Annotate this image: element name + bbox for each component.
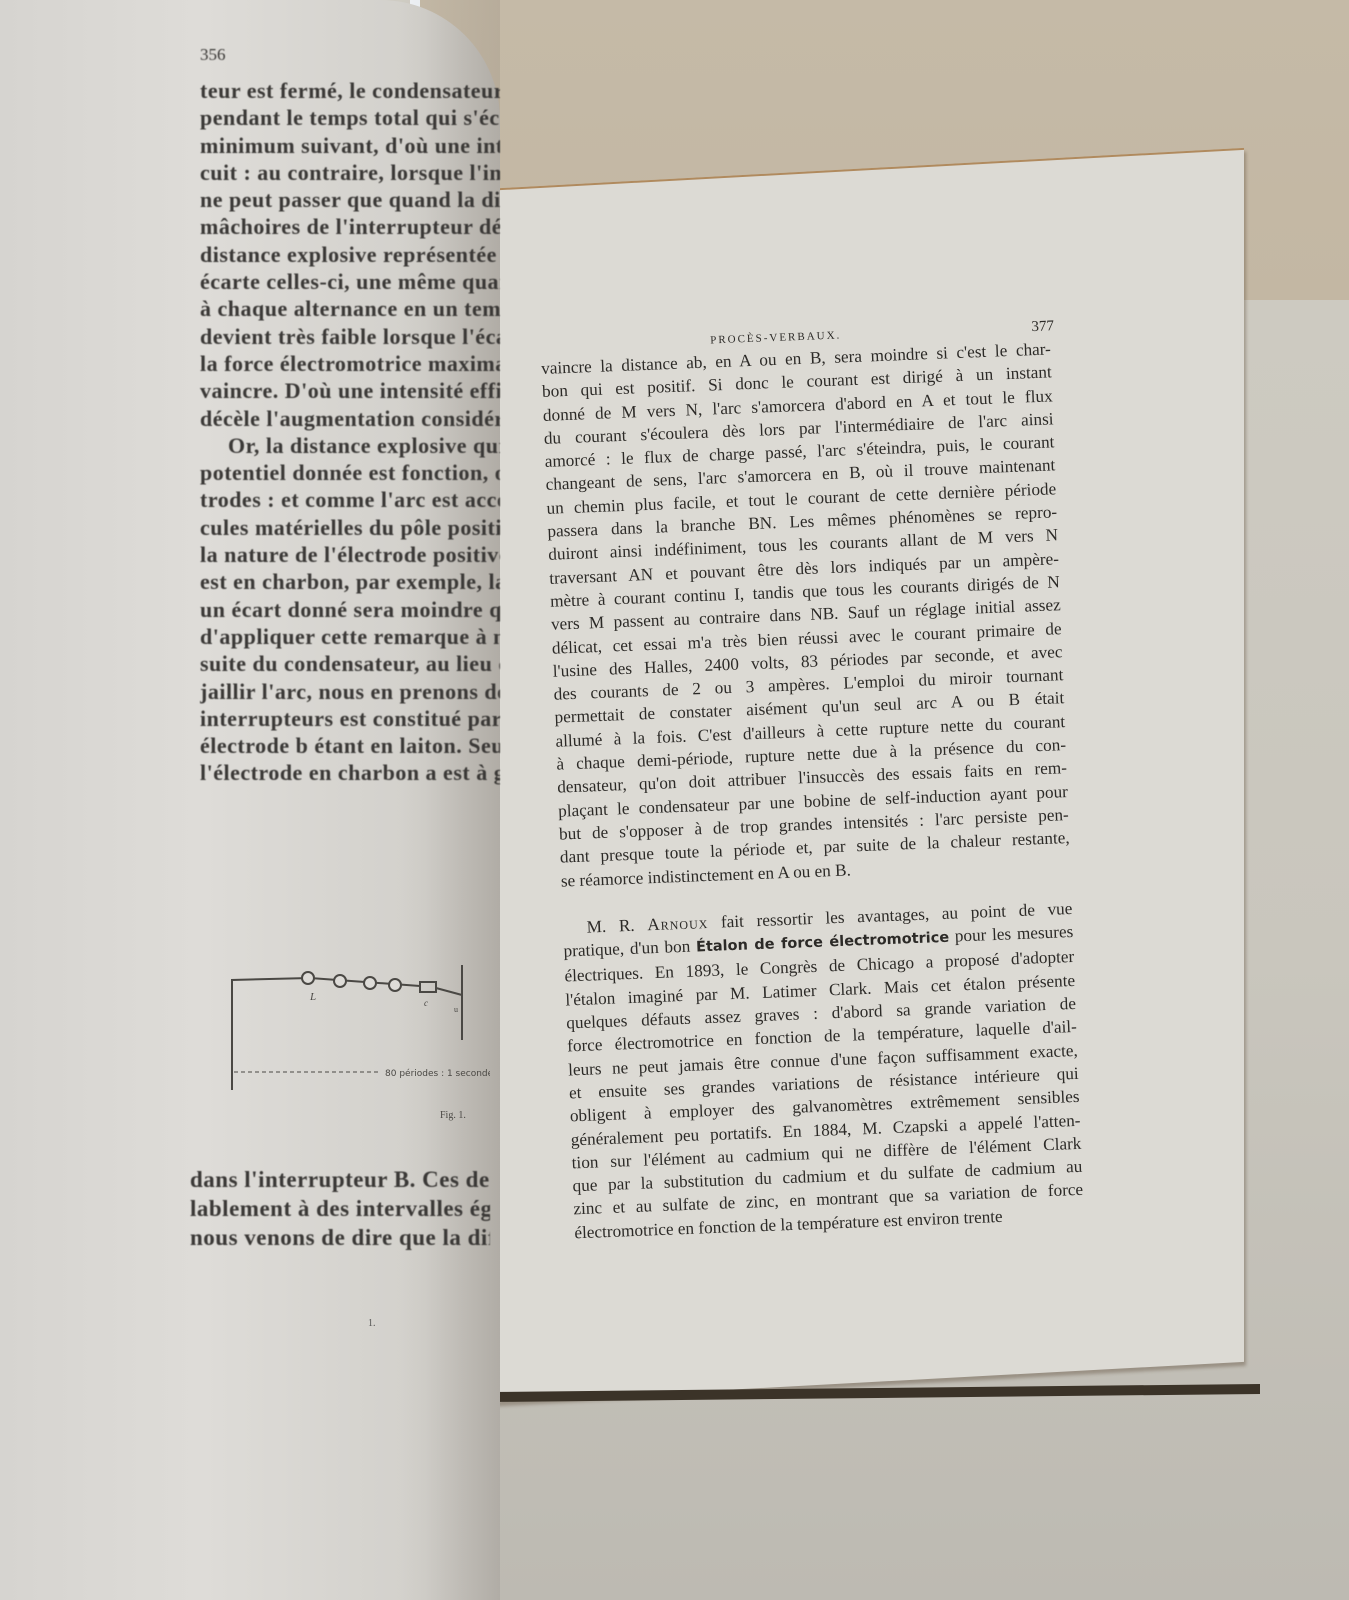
text-line: distance explosive représentée par	[200, 241, 500, 268]
text-line: d'appliquer cette remarque à notre	[200, 623, 500, 650]
text-line: jaillir l'arc, nous en prenons deux, A e…	[200, 678, 500, 705]
left-page-number: 356	[200, 45, 500, 65]
paragraph-2: M. R. Arnoux fait ressortir les avantage…	[562, 897, 1084, 1244]
text-line: potentiel donnée est fonction, on le sai…	[200, 459, 500, 486]
left-page-bottom-lines: dans l'interrupteur B. Ces deux interrup…	[190, 1165, 490, 1252]
text-line: la nature de l'électrode positive qui	[200, 541, 500, 568]
text-line: à chaque alternance en un temps	[200, 295, 500, 322]
text-line: écarte celles-ci, une même quantité	[200, 268, 500, 295]
paragraph-2-body: électriques. En 1893, le Congrès de Chic…	[564, 945, 1084, 1244]
figure-caption: Fig. 1.	[440, 1110, 466, 1121]
figure-label-condenser: c	[424, 998, 428, 1008]
page-number: 377	[1031, 318, 1054, 336]
speaker-name: Arnoux	[647, 913, 709, 934]
figure-label-node: u	[454, 1005, 458, 1014]
left-page-lines: teur est fermé, le condensateurpendant l…	[200, 77, 500, 787]
text-line: lablement à des intervalles égaux. Ce qu…	[190, 1194, 490, 1223]
text-line: électrode b étant en laiton. Seulement	[200, 732, 500, 759]
text-line: Or, la distance explosive qui correspond	[200, 432, 500, 459]
circuit-diagram-figure: L c u 80 périodes : 1 seconde	[230, 960, 490, 1100]
text-line: vaincre. D'où une intensité efficace	[200, 377, 500, 404]
line-text: pratique, d'un bon	[563, 937, 696, 961]
text-line: devient très faible lorsque l'écart	[200, 323, 500, 350]
figure-scale-label: 80 périodes : 1 seconde	[385, 1068, 490, 1079]
figure-label-lamps: L	[309, 991, 316, 1003]
right-page-text: PROCÈS-VERBAUX. 377 vaincre la distance …	[540, 318, 1084, 1244]
speaker-prefix: M. R.	[586, 915, 647, 936]
text-line: un écart donné sera moindre que si	[200, 596, 500, 623]
running-head-title: PROCÈS-VERBAUX.	[710, 329, 842, 346]
text-line: minimum suivant, d'où une intensité	[200, 132, 500, 159]
text-line: ne peut passer que quand la différence	[200, 186, 500, 213]
text-line: mâchoires de l'interrupteur dépasse	[200, 213, 500, 240]
text-line: pendant le temps total qui s'écoule	[200, 104, 500, 131]
line-text: pour les mesures	[949, 922, 1074, 946]
text-line: décèle l'augmentation considérable	[200, 405, 500, 432]
text-line: la force électromotrice maxima	[200, 350, 500, 377]
text-line: trodes : et comme l'arc est accompagné	[200, 486, 500, 513]
text-line: cuit : au contraire, lorsque l'interrupt…	[200, 159, 500, 186]
left-page-text: 356 teur est fermé, le condensateurpenda…	[200, 45, 500, 787]
text-line: est en charbon, par exemple, la différen…	[200, 568, 500, 595]
text-line: teur est fermé, le condensateur	[200, 77, 500, 104]
text-line: nous venons de dire que la différence	[190, 1223, 490, 1252]
paragraph-1: vaincre la distance ab, en A ou en B, se…	[541, 337, 1071, 892]
text-line: l'électrode en charbon a est à gauche	[200, 759, 500, 786]
text-line: cules matérielles du pôle positif, c'est	[200, 514, 500, 541]
left-page-bottom-text: dans l'interrupteur B. Ces deux interrup…	[190, 1165, 490, 1252]
text-line: interrupteurs est constitué par une élec…	[200, 705, 500, 732]
text-line: suite du condensateur, au lieu d'un	[200, 650, 500, 677]
text-line: dans l'interrupteur B. Ces deux interrup…	[190, 1165, 490, 1194]
stray-mark: 1.	[368, 1318, 376, 1329]
